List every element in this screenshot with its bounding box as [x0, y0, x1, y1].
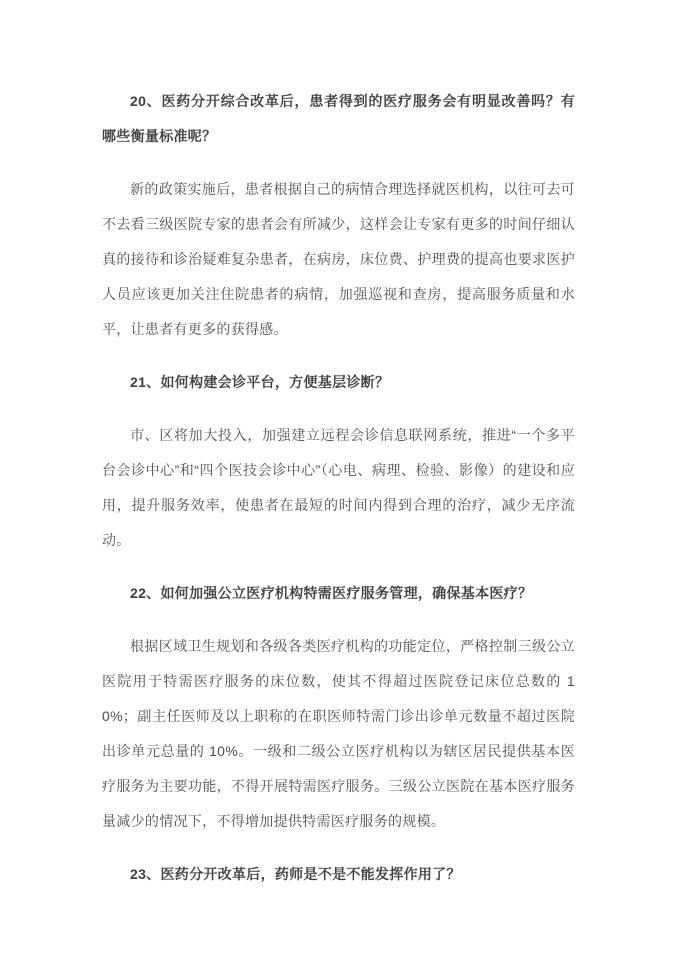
answer-paragraph-22: 根据区域卫生规划和各级各类医疗机构的功能定位，严格控制三级公立医院用于特需医疗服… [102, 629, 575, 839]
question-heading-21: 21、如何构建会诊平台，方便基层诊断？ [102, 365, 575, 400]
question-heading-22: 22、如何加强公立医疗机构特需医疗服务管理，确保基本医疗？ [102, 576, 575, 611]
question-heading-23: 23、医药分开改革后，药师是不是不能发挥作用了？ [102, 857, 575, 892]
document-page: 20、医药分开综合改革后，患者得到的医疗服务会有明显改善吗？有哪些衡量标准呢？ … [0, 0, 680, 961]
answer-paragraph-20: 新的政策实施后，患者根据自己的病情合理选择就医机构，以往可去可不去看三级医院专家… [102, 172, 575, 347]
answer-paragraph-21: 市、区将加大投入，加强建立远程会诊信息联网系统，推进“一个多平台会诊中心”和“四… [102, 418, 575, 558]
question-heading-20: 20、医药分开综合改革后，患者得到的医疗服务会有明显改善吗？有哪些衡量标准呢？ [102, 84, 575, 154]
